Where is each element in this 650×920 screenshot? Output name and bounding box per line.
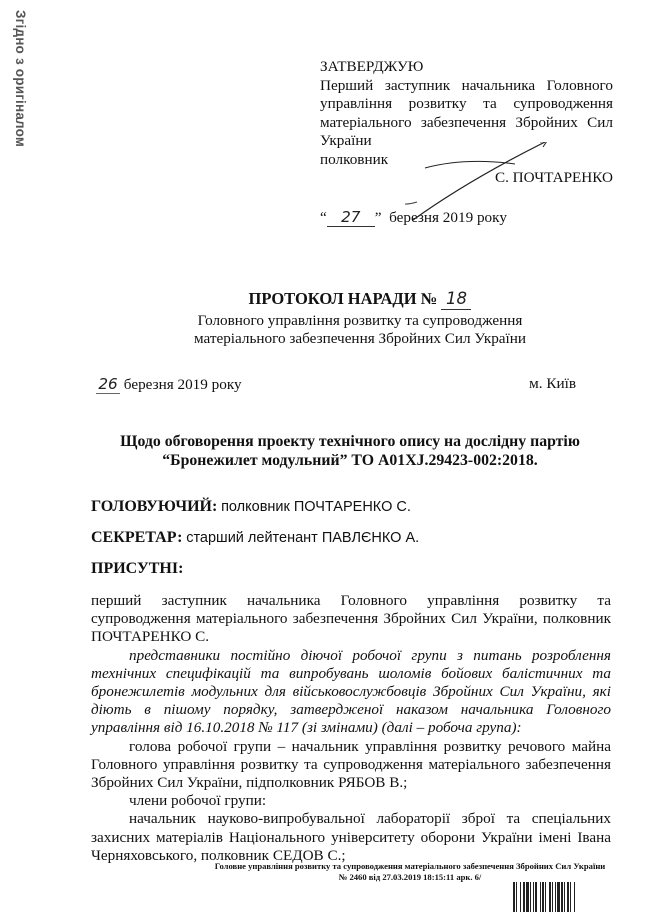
document-body: перший заступник начальника Головного уп… [91,592,611,865]
approval-heading: ЗАТВЕРДЖУЮ [320,58,613,77]
protocol-subtitle-line: Головного управління розвитку та супрово… [150,312,570,331]
approval-day-handwritten: 27 [327,208,375,228]
subject-block: Щодо обговорення проекту технічного опис… [100,432,600,470]
role-secretary: СЕКРЕТАР: старший лейтенант ПАВЛЄНКО А. [91,529,419,560]
body-paragraph: перший заступник начальника Головного уп… [91,592,611,647]
copy-certified-stamp: Згідно з оригіналом [6,10,28,170]
body-paragraph: члени робочої групи: [91,792,611,810]
meeting-day-handwritten: 26 [96,375,120,394]
body-paragraph: представники постійно діючої робочої гру… [91,647,611,738]
footer-org: Головне управління розвитку та супроводж… [200,861,620,872]
approval-line: управління розвитку та супроводження [320,95,613,114]
role-present: ПРИСУТНІ: [91,560,419,591]
signature-icon [405,142,555,222]
protocol-title: ПРОТОКОЛ НАРАДИ № 18 [150,290,570,310]
roles-block: ГОЛОВУЮЧИЙ: полковник ПОЧТАРЕНКО С. СЕКР… [91,498,419,591]
approval-line: Перший заступник начальника Головного [320,77,613,96]
barcode-icon [513,882,613,912]
subject-line: Щодо обговорення проекту технічного опис… [100,432,600,451]
role-label: СЕКРЕТАР: [91,529,182,546]
protocol-title-text: ПРОТОКОЛ НАРАДИ № [249,289,438,308]
role-chairman: ГОЛОВУЮЧИЙ: полковник ПОЧТАРЕНКО С. [91,498,419,529]
role-value: старший лейтенант ПАВЛЄНКО А. [186,530,419,546]
meeting-date-row: 26 березня 2019 року м. Київ [96,375,576,394]
subject-line: “Бронежилет модульний” ТО А01XJ.29423-00… [100,451,600,470]
role-label: ГОЛОВУЮЧИЙ: [91,498,217,515]
role-label: ПРИСУТНІ: [91,560,183,577]
quote-close: ” [375,209,382,226]
role-value: полковник ПОЧТАРЕНКО С. [221,499,411,515]
approval-line: матеріального забезпечення Збройних Сил [320,114,613,133]
body-paragraph: начальник науково-випробувальної лаборат… [91,810,611,865]
body-paragraph: голова робочої групи – начальник управлі… [91,738,611,793]
protocol-number-handwritten: 18 [441,290,471,310]
meeting-date: березня 2019 року [124,376,242,393]
meeting-city: м. Київ [529,375,576,393]
protocol-subtitle-line: матеріального забезпечення Збройних Сил … [150,330,570,349]
protocol-title-block: ПРОТОКОЛ НАРАДИ № 18 Головного управлінн… [150,290,570,349]
registration-footer: Головне управління розвитку та супроводж… [200,861,620,883]
quote-open: “ [320,209,327,226]
